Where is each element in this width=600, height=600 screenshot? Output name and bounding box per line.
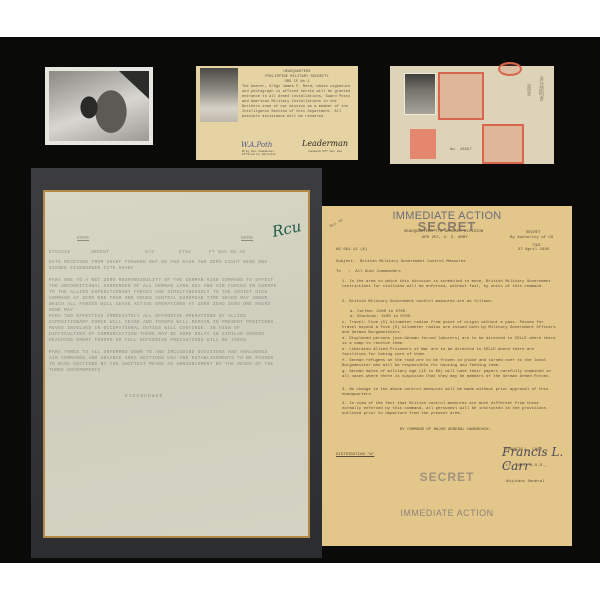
memo-date: 27 April 1945 [518,248,549,253]
memo-command-line: BY COMMAND OF MAJOR GENERAL HASBROUCK: [400,428,491,433]
handwritten-note: Rcu [270,217,302,241]
memo-signer-rank: Lt. Col., A.G.D., [506,464,547,469]
chinese-identity-certificate: 身分證明書 證明書 No. 43957 [390,66,554,164]
memo-item-f: f. German refugees on the road are to be… [342,359,558,369]
vintage-photograph [45,67,153,145]
red-seal-stamp-bottom-right [482,124,524,164]
telegram-paragraph-4: PARA THREE TO ALL INFORMED DOWN TO AND I… [49,350,279,374]
telegram-ref-5: FT DAY 88 45 [209,250,245,256]
security-id-card: HEADQUARTERS PHILIPPINE MILITARY SECURIT… [196,66,358,160]
memo-paragraph-3: 3. No change in the above control measur… [342,388,558,398]
telegram-paragraph-2: PARA ONE TO A NET ZERO RESPONSIBILITY OF… [49,278,279,314]
chinese-id-number: No. 43957 [450,148,472,152]
memo-paragraph-1: 1. In the area to which this division is… [342,280,558,290]
telegram-ref-2: URGENT [91,250,109,256]
memo-item-b: b. Blackout: 2100 to 0700. [350,315,558,320]
memo-signer-block: FRANCIS L. CARR Lt. Col., A.G.D., Adjuta… [506,438,547,495]
memo-item-c: c. Travel: Five (5) kilometer radius fro… [342,321,558,337]
id-caption-left: Brig Gen Commander Affixed by Director [242,150,276,156]
memo-to: To : All Unit Commanders [336,270,401,275]
telegram-footer: EISENHOWER [125,394,163,400]
memo-item-e: e. Liberated Allied Prisoners of War are… [342,348,558,358]
memo-authority-initials: 7AD [532,242,541,247]
id-caption-right: Command Off Gen Hqs [308,150,342,153]
telegram-header-right: RRRR [241,236,253,242]
chinese-id-title: 身分證明書 [538,76,544,101]
telegram-ref-4: ET54 [179,250,191,256]
photo-roof-shadow [119,71,149,99]
memo-paragraph-2: 2. British Military Government control m… [342,300,558,305]
red-seal-stamp-bottom-left [410,129,436,159]
id-caption-left-2: Affixed by Director [242,153,276,156]
memo-org-line-1: HEADQUARTERS 7TH ARMORED DIVISION [404,230,483,235]
chinese-id-subtitle: 證明書 [526,84,532,96]
memo-authority: By Authority of CG [510,236,553,241]
telegram-paragraph-1: DATE RECEIVED FROM SHAEF FORWARD REF NO … [49,260,279,272]
memo-distribution: DISTRIBUTION "A" [336,453,374,458]
id-body: The bearer, S/Sgt James F. Reed, whose s… [242,85,352,120]
telegram-paragraph-3: PARA TWO EFFECTIVE IMMEDIATELY ALL OFFEN… [49,314,279,344]
id-portrait-photo [200,68,238,122]
memo-subject: Subject: British Military Government Con… [336,260,466,265]
id-signature-left: W.A.Poth [241,141,272,149]
memo-item-d: d. Displaced persons (non-German forced … [342,337,558,347]
memo-item-g: g. German males of military age (15 to 6… [342,370,558,380]
picture-frame: RRRR RRRR Rcu ETO4218 URGENT S/S ET54 FT… [31,168,322,558]
red-seal-stamp-round [498,62,522,76]
telegram-header-left: RRRR [77,236,89,242]
red-seal-stamp-top [438,72,484,120]
chinese-id-portrait [404,73,436,115]
secret-memo-document: IMMEDIATE ACTION SECRET Rcu 45 HEADQUART… [322,206,572,546]
telegram-ref-3: S/S [145,250,154,256]
memo-org-line-2: APO 257, U. S. ARMY [422,236,468,241]
memo-signer-name: FRANCIS L. CARR [506,448,547,453]
memo-file-ref: AG 091.12 (A) [336,248,367,253]
frame-mat: RRRR RRRR Rcu ETO4218 URGENT S/S ET54 FT… [43,190,310,538]
memo-paragraph-4: 4. In view of the fact that British cont… [342,402,558,418]
telegram-ref-1: ETO4218 [49,250,70,256]
id-card-text: HEADQUARTERS PHILIPPINE MILITARY SECURIT… [242,70,352,120]
telegram-paper: RRRR RRRR Rcu ETO4218 URGENT S/S ET54 FT… [45,192,308,536]
id-signature-right: Leaderman [302,139,348,148]
secret-stamp-bottom: SECRET [322,470,572,484]
immediate-action-stamp-bottom: IMMEDIATE ACTION [322,508,572,518]
